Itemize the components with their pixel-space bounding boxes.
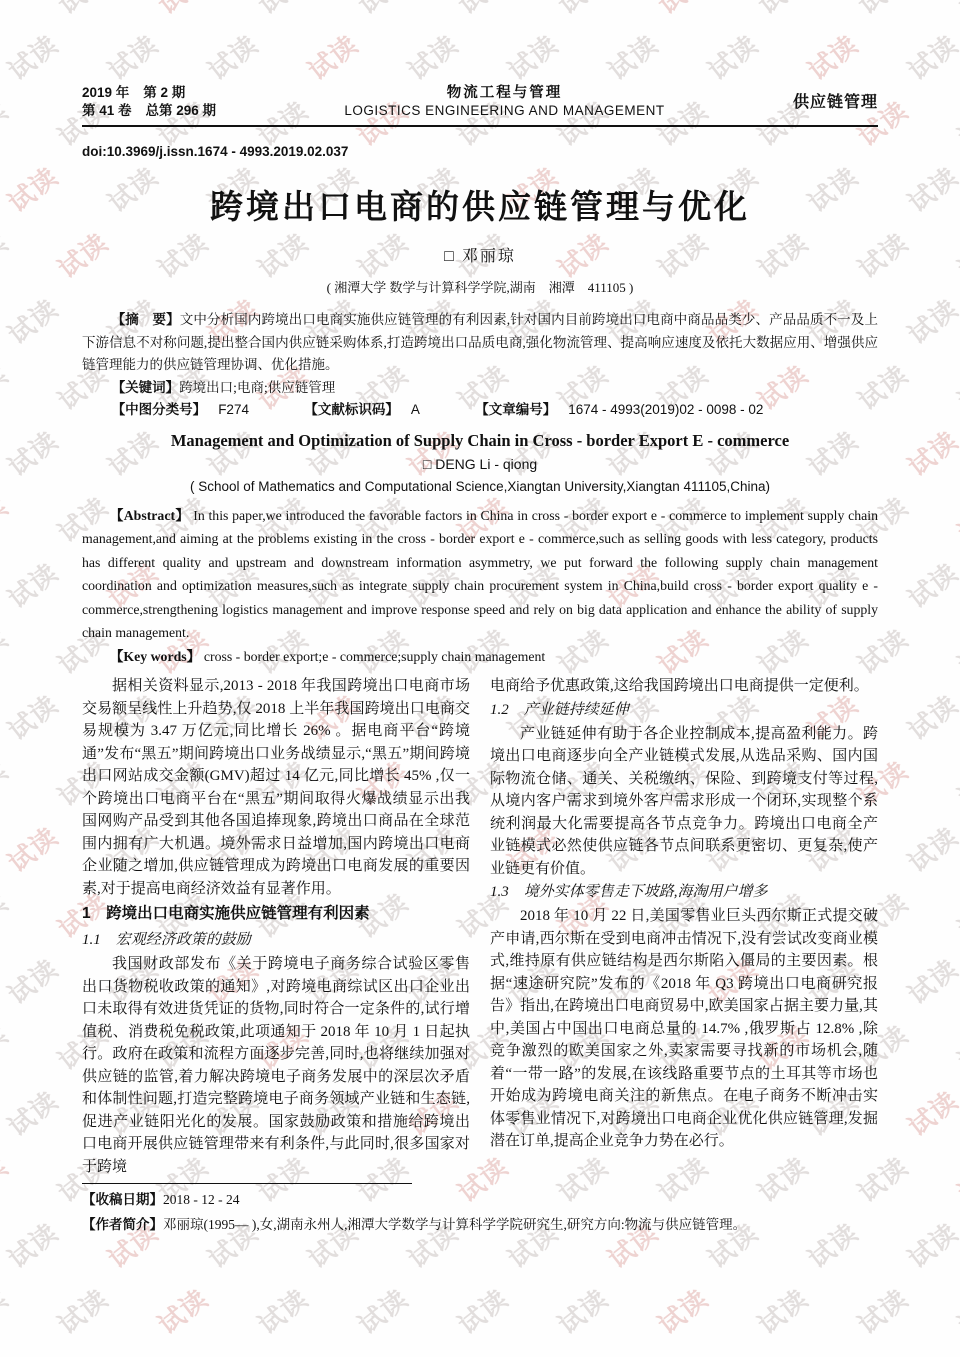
watermark-text: 试读 [299, 25, 364, 87]
watermark-text: 试读 [399, 25, 464, 87]
body-columns: 据相关资料显示,2013 - 2018 年我国跨境出口电商市场交易额呈线性上升趋… [82, 675, 878, 1178]
keywords-cn-label: 【关键词】 [112, 380, 180, 395]
watermark-text: 试读 [49, 1279, 114, 1341]
watermark-text: 试读 [349, 1279, 414, 1341]
watermark-text: 试读 [0, 25, 65, 87]
watermark-text: 试读 [449, 1279, 514, 1341]
abstract-en: 【Abstract】 In this paper,we introduced t… [82, 504, 878, 645]
watermark-text: 试读 [149, 1279, 214, 1341]
journal-volume: 第 41 卷 [82, 102, 132, 120]
section-heading-1: 1 跨境出口电商实施供应链管理有利因素 [82, 901, 470, 927]
journal-name-cn: 物流工程与管理 [344, 84, 664, 102]
doi-line: doi:10.3969/j.issn.1674 - 4993.2019.02.0… [82, 144, 878, 159]
keywords-en: 【Key words】 cross - border export;e - co… [82, 645, 878, 669]
doc-code-value: A [399, 402, 420, 417]
doc-code-group: 【文献标识码】A [304, 402, 420, 417]
watermark-text: 试读 [449, 0, 514, 22]
footnote: 【收稿日期】2018 - 12 - 24 【作者简介】邓丽琼(1995— ),女… [82, 1183, 878, 1237]
watermark-text: 试读 [349, 0, 414, 22]
keywords-en-text: cross - border export;e - commerce;suppl… [204, 649, 545, 664]
journal-year: 2019 年 [82, 84, 129, 102]
watermark-text: 试读 [499, 25, 564, 87]
received-date-line: 【收稿日期】2018 - 12 - 24 [82, 1187, 878, 1212]
subsection-heading-1-1: 1.1 宏观经济政策的鼓励 [82, 928, 470, 953]
watermark-text: 试读 [749, 0, 814, 22]
journal-article-page: 试读试读试读试读试读试读试读试读试读试读试读试读试读试读试读试读试读试读试读试读… [0, 0, 960, 1357]
author-en: □ DENG Li - qiong [82, 456, 878, 472]
clc-group: 【中图分类号】F274 [112, 402, 249, 417]
watermark-text: 试读 [549, 1279, 614, 1341]
watermark-text: 试读 [649, 0, 714, 22]
journal-name: 物流工程与管理 LOGISTICS ENGINEERING AND MANAGE… [344, 84, 664, 120]
watermark-text: 试读 [949, 0, 960, 22]
watermark-text: 试读 [249, 1279, 314, 1341]
keywords-cn: 【关键词】跨境出口;电商;供应链管理 [82, 377, 878, 400]
keywords-cn-text: 跨境出口;电商;供应链管理 [179, 380, 335, 395]
watermark-text: 试读 [149, 0, 214, 22]
article-id-label: 【文章编号】 [475, 402, 556, 417]
watermark-text: 试读 [0, 0, 15, 22]
watermark-text: 试读 [799, 25, 864, 87]
author-bio-line: 【作者简介】邓丽琼(1995— ),女,湖南永州人,湘潭大学数学与计算科学学院研… [82, 1212, 878, 1237]
body-paragraph: 产业链延伸有助于各企业控制成本,提高盈利能力。跨境出口电商逐步向全产业链模式发展… [490, 723, 878, 881]
watermark-text: 试读 [199, 25, 264, 87]
classification-line: 【中图分类号】F274 【文献标识码】A 【文章编号】1674 - 4993(2… [82, 399, 878, 422]
watermark-text: 试读 [649, 1279, 714, 1341]
abstract-cn-text: 文中分析国内跨境出口电商实施供应链管理的有利因素,针对国内目前跨境出口电商中商品… [82, 312, 878, 372]
body-paragraph-continuation: 电商给予优惠政策,这给我国跨境出口电商提供一定便利。 [490, 675, 878, 698]
watermark-text: 试读 [49, 0, 114, 22]
doc-code-label: 【文献标识码】 [304, 402, 399, 417]
body-paragraph: 2018 年 10 月 22 日,美国零售业巨头西尔斯正式提交破产申请,西尔斯在… [490, 905, 878, 1153]
body-paragraph: 我国财政部发布《关于跨境电子商务综合试验区零售出口货物税收政策的通知》,对跨境电… [82, 953, 470, 1178]
subsection-heading-1-2: 1.2 产业链持续延伸 [490, 698, 878, 723]
watermark-text: 试读 [549, 0, 614, 22]
article-title-en: Management and Optimization of Supply Ch… [82, 431, 878, 451]
watermark-text: 试读 [899, 25, 960, 87]
body-paragraph: 据相关资料显示,2013 - 2018 年我国跨境出口电商市场交易额呈线性上升趋… [82, 675, 470, 900]
abstract-cn: 【摘 要】文中分析国内跨境出口电商实施供应链管理的有利因素,针对国内目前跨境出口… [82, 309, 878, 377]
abstract-en-text: In this paper,we introduced the favorabl… [82, 508, 878, 641]
abstract-cn-label: 【摘 要】 [112, 312, 180, 327]
watermark-text: 试读 [699, 25, 764, 87]
watermark-text: 试读 [0, 1279, 15, 1341]
page-content: 2019 年 第 2 期 第 41 卷 总第 296 期 物流工程与管理 LOG… [0, 84, 960, 1237]
subsection-heading-1-3: 1.3 境外实体零售走下坡路,海淘用户增多 [490, 880, 878, 905]
footnote-rule [82, 1183, 412, 1184]
affiliation-cn: ( 湘潭大学 数学与计算科学学院,湖南 湘潭 411105 ) [82, 277, 878, 296]
clc-label: 【中图分类号】 [112, 402, 207, 417]
watermark-text: 试读 [749, 1279, 814, 1341]
header-rule [82, 125, 878, 127]
clc-value: F274 [206, 402, 249, 417]
author-bio-value: 邓丽琼(1995— ),女,湖南永州人,湘潭大学数学与计算科学学院研究生,研究方… [163, 1217, 746, 1232]
keywords-en-label: 【Key words】 [110, 649, 201, 664]
article-id-value: 1674 - 4993(2019)02 - 0098 - 02 [556, 402, 763, 417]
article-id-group: 【文章编号】1674 - 4993(2019)02 - 0098 - 02 [475, 402, 763, 417]
watermark-text: 试读 [849, 1279, 914, 1341]
article-title-cn: 跨境出口电商的供应链管理与优化 [82, 181, 878, 228]
affiliation-en: ( School of Mathematics and Computationa… [82, 479, 878, 494]
watermark-text: 试读 [949, 1279, 960, 1341]
journal-issue: 第 2 期 [143, 84, 185, 102]
received-date-value: 2018 - 12 - 24 [163, 1192, 240, 1207]
watermark-text: 试读 [99, 25, 164, 87]
abstract-en-label: 【Abstract】 [110, 508, 190, 523]
watermark-text: 试读 [849, 0, 914, 22]
issue-info: 2019 年 第 2 期 第 41 卷 总第 296 期 [82, 84, 216, 120]
journal-name-en: LOGISTICS ENGINEERING AND MANAGEMENT [344, 102, 664, 120]
watermark-text: 试读 [599, 25, 664, 87]
author-cn: □ 邓丽琼 [82, 243, 878, 266]
journal-total-issue: 总第 296 期 [146, 102, 217, 120]
right-column: 电商给予优惠政策,这给我国跨境出口电商提供一定便利。 1.2 产业链持续延伸 产… [490, 675, 878, 1178]
journal-header: 2019 年 第 2 期 第 41 卷 总第 296 期 物流工程与管理 LOG… [82, 84, 878, 120]
author-bio-label: 【作者简介】 [82, 1217, 163, 1232]
column-name: 供应链管理 [793, 89, 878, 120]
watermark-text: 试读 [249, 0, 314, 22]
left-column: 据相关资料显示,2013 - 2018 年我国跨境出口电商市场交易额呈线性上升趋… [82, 675, 470, 1178]
received-date-label: 【收稿日期】 [82, 1192, 163, 1207]
